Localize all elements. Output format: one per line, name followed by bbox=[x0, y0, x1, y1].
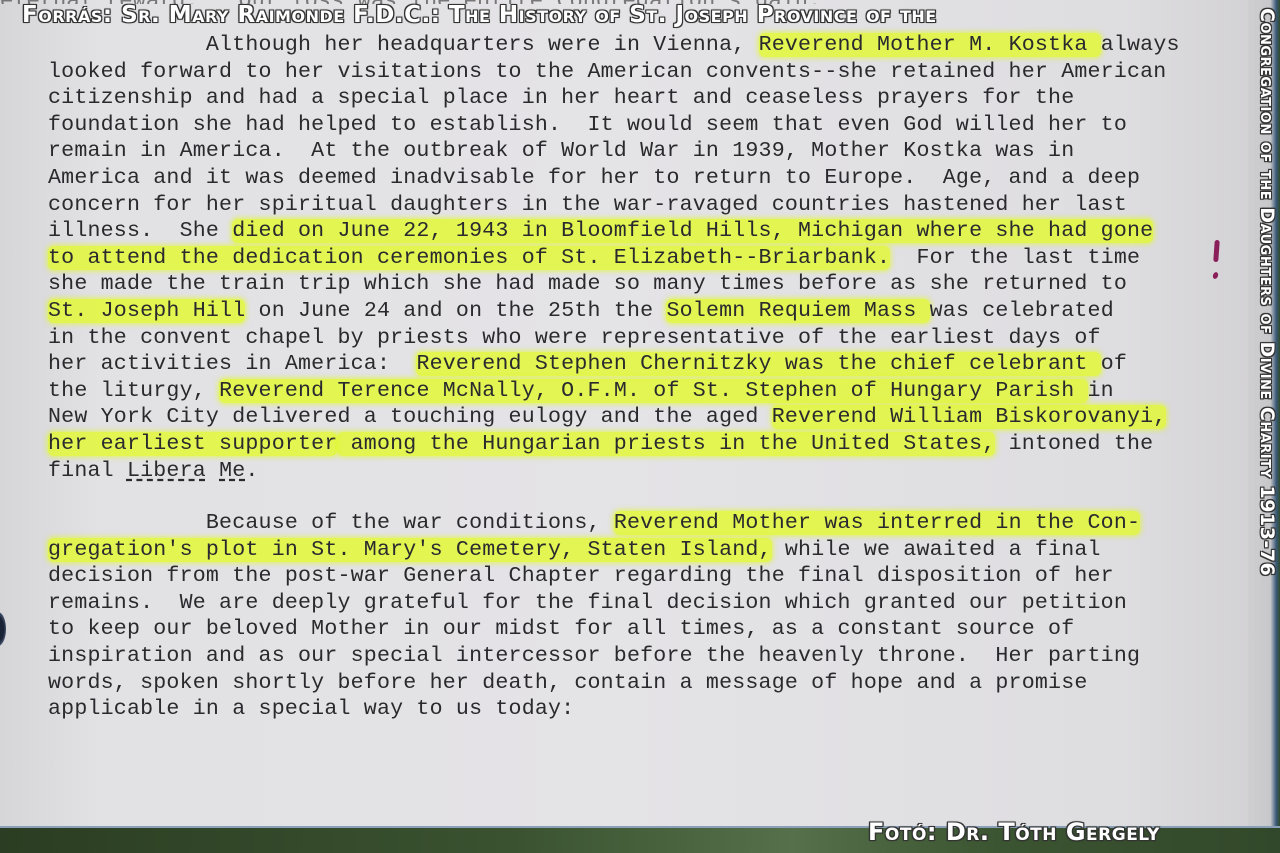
text-segment: America and it was deemed inadvisable fo… bbox=[48, 166, 1140, 190]
highlighted-text: died on June 22, 1943 in Bloomfield Hill… bbox=[232, 219, 1153, 243]
text-segment: remain in America. At the outbreak of Wo… bbox=[48, 139, 1074, 163]
text-segment: in bbox=[1088, 379, 1114, 403]
text-segment: For the last time bbox=[890, 246, 1140, 270]
text-segment: inspiration and as our special intercess… bbox=[48, 644, 1140, 668]
text-line: Because of the war conditions, Reverend … bbox=[48, 510, 1228, 537]
text-segment: New York City delivered a touching eulog… bbox=[48, 405, 772, 429]
text-segment: while we awaited a final bbox=[772, 538, 1101, 562]
text-segment: applicable in a special way to us today: bbox=[48, 697, 574, 721]
text-segment: to keep our beloved Mother in our midst … bbox=[48, 617, 1074, 641]
underlined-text: Me bbox=[219, 459, 245, 483]
text-segment: . bbox=[245, 459, 258, 483]
paragraph: Although her headquarters were in Vienna… bbox=[48, 32, 1228, 484]
photo-credit: Fotó: Dr. Tóth Gergely bbox=[868, 818, 1160, 846]
text-line: remain in America. At the outbreak of Wo… bbox=[48, 138, 1228, 165]
text-line: remains. We are deeply grateful for the … bbox=[48, 590, 1228, 617]
text-line: citizenship and had a special place in h… bbox=[48, 85, 1228, 112]
text-line: foundation she had helped to establish. … bbox=[48, 112, 1228, 139]
highlighted-text: to attend the dedication ceremonies of S… bbox=[48, 246, 890, 270]
text-line: in the convent chapel by priests who wer… bbox=[48, 325, 1228, 352]
text-segment: remains. We are deeply grateful for the … bbox=[48, 591, 1127, 615]
text-line: to attend the dedication ceremonies of S… bbox=[48, 245, 1228, 272]
text-line: she made the train trip which she had ma… bbox=[48, 271, 1228, 298]
text-line: concern for her spiritual daughters in t… bbox=[48, 192, 1228, 219]
text-segment: intoned the bbox=[995, 432, 1153, 456]
text-segment: looked forward to her visitations to the… bbox=[48, 60, 1166, 84]
text-line: her activities in America: Reverend Step… bbox=[48, 351, 1228, 378]
text-segment: in the convent chapel by priests who wer… bbox=[48, 326, 1101, 350]
document-body: Although her headquarters were in Vienna… bbox=[48, 32, 1228, 723]
text-segment: the liturgy, bbox=[48, 379, 219, 403]
text-line: applicable in a special way to us today: bbox=[48, 696, 1228, 723]
binder-ring-hole bbox=[0, 612, 6, 646]
source-caption: Forrás: Sr. Mary Raimonde F.D.C.: The Hi… bbox=[22, 2, 937, 28]
text-segment: Because of the war conditions, bbox=[48, 511, 614, 535]
text-line: looked forward to her visitations to the… bbox=[48, 59, 1228, 86]
text-segment: on June 24 and on the 25th the bbox=[245, 299, 666, 323]
text-segment: was celebrated bbox=[930, 299, 1114, 323]
side-caption: Congregation of the Daughters of Divine … bbox=[1256, 8, 1278, 576]
text-line: final Libera Me. bbox=[48, 458, 1228, 485]
text-line: inspiration and as our special intercess… bbox=[48, 643, 1228, 670]
highlighted-text: St. Joseph Hill bbox=[48, 299, 245, 323]
text-segment: foundation she had helped to establish. … bbox=[48, 113, 1127, 137]
text-line: words, spoken shortly before her death, … bbox=[48, 670, 1228, 697]
text-segment: always bbox=[1101, 33, 1180, 57]
text-segment: illness. She bbox=[48, 219, 232, 243]
text-line: her earliest supporter among the Hungari… bbox=[48, 431, 1228, 458]
text-segment: final bbox=[48, 459, 127, 483]
text-line: New York City delivered a touching eulog… bbox=[48, 404, 1228, 431]
text-segment: her activities in America: bbox=[48, 352, 416, 376]
text-segment: of bbox=[1101, 352, 1127, 376]
highlighted-text: Solemn Requiem Mass bbox=[666, 299, 929, 323]
underlined-text: Libera bbox=[127, 459, 206, 483]
text-line: gregation's plot in St. Mary's Cemetery,… bbox=[48, 537, 1228, 564]
highlighted-text: Reverend Stephen Chernitzky was the chie… bbox=[416, 352, 1100, 376]
typewritten-page: eternal reward. Our loss was the entire … bbox=[0, 0, 1248, 826]
text-segment: Although her headquarters were in Vienna… bbox=[48, 33, 759, 57]
text-segment: concern for her spiritual daughters in t… bbox=[48, 193, 1127, 217]
paragraph-gap bbox=[48, 484, 1228, 510]
text-line: St. Joseph Hill on June 24 and on the 25… bbox=[48, 298, 1228, 325]
text-line: illness. She died on June 22, 1943 in Bl… bbox=[48, 218, 1228, 245]
highlighted-text: among the Hungarian priests in the Unite… bbox=[337, 432, 995, 456]
paragraph: Because of the war conditions, Reverend … bbox=[48, 510, 1228, 723]
text-segment bbox=[206, 459, 219, 483]
highlighted-text: gregation's plot in St. Mary's Cemetery,… bbox=[48, 538, 772, 562]
highlighted-text: her earliest supporter bbox=[48, 432, 337, 456]
text-line: America and it was deemed inadvisable fo… bbox=[48, 165, 1228, 192]
text-line: to keep our beloved Mother in our midst … bbox=[48, 616, 1228, 643]
highlighted-text: Reverend William Biskorovanyi, bbox=[772, 405, 1167, 429]
text-segment: words, spoken shortly before her death, … bbox=[48, 671, 1088, 695]
text-segment: citizenship and had a special place in h… bbox=[48, 86, 1074, 110]
text-line: decision from the post-war General Chapt… bbox=[48, 563, 1228, 590]
text-line: the liturgy, Reverend Terence McNally, O… bbox=[48, 378, 1228, 405]
highlighted-text: Reverend Mother was interred in the Con- bbox=[614, 511, 1140, 535]
highlighted-text: Reverend Terence McNally, O.F.M. of St. … bbox=[219, 379, 1087, 403]
text-segment: she made the train trip which she had ma… bbox=[48, 272, 1127, 296]
text-line: Although her headquarters were in Vienna… bbox=[48, 32, 1228, 59]
text-segment: decision from the post-war General Chapt… bbox=[48, 564, 1114, 588]
highlighted-text: Reverend Mother M. Kostka bbox=[759, 33, 1101, 57]
